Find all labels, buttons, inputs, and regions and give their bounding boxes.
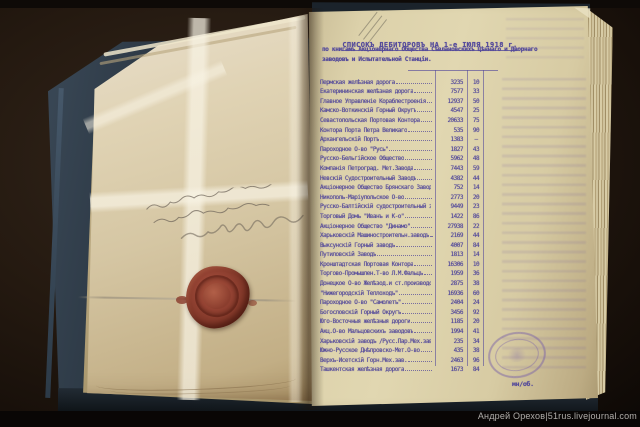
document-subtitle-line1: по книгамъ Акціонернаго Общества Сѣвлано… — [322, 46, 544, 53]
table-row: "Нижегородскій Теплоходъ" 16936 60 — [320, 287, 486, 297]
debtor-name: Донецкое О-во Желѣзод.и ст.производствъ — [320, 280, 431, 287]
dot-leader — [408, 131, 432, 132]
table-row: Богословскій Горный Округъ 3456 92 — [320, 306, 486, 316]
amount-kopecks: 20 — [468, 318, 484, 325]
debtor-name: Невскій Судостроительный Заводъ — [320, 175, 416, 182]
debtor-name: Никополь-Маріупольское О-во — [320, 194, 404, 201]
document-subtitle-line2: заводовъ и Испытательной Станціи. — [322, 56, 544, 63]
amount-rubles: 1383 — [434, 136, 468, 143]
amount-kopecks: 25 — [468, 107, 484, 114]
amount-rubles: 4547 — [434, 107, 468, 114]
amount-rubles: 1827 — [434, 146, 468, 153]
table-row: Невскій Судостроительный Заводъ 4382 44 — [320, 172, 486, 182]
amount-rubles: 7443 — [434, 165, 468, 172]
dot-leader — [399, 294, 432, 295]
debtor-name: Екатерининская желѣзная дорога — [320, 88, 413, 95]
typed-debtor-list: СПИСОКЪ ДЕБИТОРОВЪ НА 1-е ІЮЛЯ 1918 г. п… — [306, 6, 598, 406]
amount-kopecks: 34 — [468, 338, 484, 345]
amount-kopecks: 86 — [468, 213, 484, 220]
table-row: Кронштадтская Портовая Контора 16306 10 — [320, 258, 486, 268]
amount-kopecks: 60 — [468, 290, 484, 297]
amount-rubles: 5962 — [434, 155, 468, 162]
debtor-name: Контора Порта Петра Великаго — [320, 127, 407, 134]
amount-rubles: 16306 — [434, 261, 468, 268]
amount-kopecks: 33 — [468, 88, 484, 95]
debtor-name: Харьковскій заводъ /Русс.Пар.Мех.зав./ — [320, 338, 431, 345]
dot-leader — [377, 255, 432, 256]
amount-kopecks: 75 — [468, 117, 484, 124]
table-row: Акц.О-во Мальцовскихъ заводовъ 1994 41 — [320, 325, 486, 335]
amount-kopecks: 24 — [468, 299, 484, 306]
amount-kopecks: 14 — [468, 251, 484, 258]
dot-leader — [402, 303, 432, 304]
photo-watermark: Андрей Орехов|51rus.livejournal.com — [478, 411, 637, 421]
amount-kopecks: – — [468, 136, 484, 143]
wax-drip — [248, 300, 257, 306]
table-row: Выксунскій Горный заводъ 4007 84 — [320, 239, 486, 249]
table-row: Контора Порта Петра Великаго 535 90 — [320, 124, 486, 134]
table-top-rule — [408, 70, 498, 71]
table-row: Русско-Балтійскій судостроительный зав. … — [320, 201, 486, 211]
amount-rubles: 1959 — [434, 270, 468, 277]
amount-kopecks: 43 — [468, 146, 484, 153]
table-row: Севастопольская Портовая Контора 20633 7… — [320, 114, 486, 124]
dot-leader — [396, 83, 432, 84]
amount-rubles: 2773 — [434, 194, 468, 201]
debtor-name: Русско-Бельгійское Общество — [320, 155, 404, 162]
debtor-name: Южно-Русское Днѣпровско-Мет.О-во — [320, 347, 420, 354]
amount-rubles: 2169 — [434, 232, 468, 239]
amount-rubles: 12937 — [434, 98, 468, 105]
amount-kopecks: 59 — [468, 165, 484, 172]
debtor-name: Выксунскій Горный заводъ — [320, 242, 395, 249]
amount-rubles: 535 — [434, 127, 468, 134]
dot-leader — [411, 227, 432, 228]
debtor-name: "Нижегородскій Теплоходъ" — [320, 290, 398, 297]
debtor-name: Кронштадтская Портовая Контора — [320, 261, 413, 268]
table-row: Компанія Петроград. Мет.Завода 7443 59 — [320, 162, 486, 172]
amount-rubles: 16936 — [434, 290, 468, 297]
dot-leader — [405, 370, 432, 371]
dot-leader — [414, 92, 432, 93]
dot-leader — [421, 121, 432, 122]
amount-rubles: 1673 — [434, 366, 468, 373]
amount-rubles: 2404 — [434, 299, 468, 306]
amount-kopecks: 50 — [468, 98, 484, 105]
amount-rubles: 235 — [434, 338, 468, 345]
amount-kopecks: 14 — [468, 184, 484, 191]
debtor-name: Пароходное О-во "Русь" — [320, 146, 388, 153]
debtor-name: Севастопольская Портовая Контора — [320, 117, 420, 124]
debtor-name: Главное Управленіе Кораблестроенія — [320, 98, 426, 105]
amount-kopecks: 96 — [468, 357, 484, 364]
dot-leader — [402, 313, 432, 314]
dot-leader — [414, 169, 432, 170]
debtor-name: Акціонерное Общество Брянскаго Завода — [320, 184, 431, 191]
debtor-name: Камско-Воткинскій Горный Округъ — [320, 107, 416, 114]
amount-kopecks: 41 — [468, 328, 484, 335]
amount-rubles: 9449 — [434, 203, 468, 210]
amount-kopecks: 92 — [468, 309, 484, 316]
dot-leader — [405, 198, 432, 199]
amount-rubles: 752 — [434, 184, 468, 191]
table-row: Никополь-Маріупольское О-во 2773 20 — [320, 191, 486, 201]
amount-kopecks: 44 — [468, 232, 484, 239]
dot-leader — [414, 265, 432, 266]
debtor-name: Харьковскій Машиностроительн.заводъ — [320, 232, 429, 239]
amount-kopecks: 84 — [468, 366, 484, 373]
dot-leader — [424, 274, 432, 275]
dot-leader — [380, 140, 432, 141]
table-row: Камско-Воткинскій Горный Округъ 4547 25 — [320, 105, 486, 115]
clerk-initials: мн/об. — [512, 380, 534, 388]
debtor-name: Богословскій Горный Округъ — [320, 309, 401, 316]
amount-kopecks: 44 — [468, 175, 484, 182]
dot-leader — [405, 159, 432, 160]
table-row: Акціонерное Общество Брянскаго Завода 75… — [320, 182, 486, 192]
amount-rubles: 2875 — [434, 280, 468, 287]
amount-kopecks: 38 — [468, 280, 484, 287]
table-row: Донецкое О-во Желѣзод.и ст.производствъ … — [320, 277, 486, 287]
amount-rubles: 27938 — [434, 223, 468, 230]
amount-kopecks: 10 — [468, 79, 484, 86]
amount-rubles: 3235 — [434, 79, 468, 86]
debtor-name: Акц.О-во Мальцовскихъ заводовъ — [320, 328, 413, 335]
amount-kopecks: 20 — [468, 194, 484, 201]
photo-of-open-ledger: СПИСОКЪ ДЕБИТОРОВЪ НА 1-е ІЮЛЯ 1918 г. п… — [0, 0, 640, 427]
table-row: Харьковскій заводъ /Русс.Пар.Мех.зав./ 2… — [320, 335, 486, 345]
dot-leader — [389, 150, 432, 151]
amount-kopecks: 22 — [468, 223, 484, 230]
amount-rubles: 435 — [434, 347, 468, 354]
amount-kopecks: 10 — [468, 261, 484, 268]
amount-kopecks: 38 — [468, 347, 484, 354]
dot-leader — [417, 111, 432, 112]
dot-leader — [408, 361, 432, 362]
amount-rubles: 1813 — [434, 251, 468, 258]
table-row: Харьковскій Машиностроительн.заводъ 2169… — [320, 230, 486, 240]
amount-rubles: 4382 — [434, 175, 468, 182]
amount-rubles: 2463 — [434, 357, 468, 364]
table-row: Пароходное О-во "Русь" 1827 43 — [320, 143, 486, 153]
dot-leader — [405, 217, 432, 218]
dot-leader — [417, 179, 432, 180]
amount-kopecks: 23 — [468, 203, 484, 210]
table-row: Архангельскій Портъ 1383 – — [320, 134, 486, 144]
table-row: Торгово-Промышлен.Т-во Л.М.Фальцъ 1959 3… — [320, 268, 486, 278]
table-row: Акціонерное Общество "Динамо" 27938 22 — [320, 220, 486, 230]
debtor-name: Русско-Балтійскій судостроительный зав. — [320, 203, 431, 210]
debtor-name: Юго-Восточныя желѣзныя дороги — [320, 318, 410, 325]
debtor-name: Торговый Домъ "Иванъ и К-о" — [320, 213, 404, 220]
debtor-name: Пароходное О-во "Самолетъ" — [320, 299, 401, 306]
table-row: Южно-Русское Днѣпровско-Мет.О-во 435 38 — [320, 345, 486, 355]
table-row: Торговый Домъ "Иванъ и К-о" 1422 86 — [320, 210, 486, 220]
amount-rubles: 1994 — [434, 328, 468, 335]
table-row: Екатерининская желѣзная дорога 7577 33 — [320, 86, 486, 96]
dot-leader — [411, 322, 432, 323]
dot-leader — [396, 246, 432, 247]
table-row: Пермская желѣзная дорога 3235 10 — [320, 76, 486, 86]
debtor-name: Архангельскій Портъ — [320, 136, 379, 143]
debtor-name: Верхъ-Исетскій Горн.Мех.зав. — [320, 357, 407, 364]
debtor-name: Ташкентская желѣзная дорога — [320, 366, 404, 373]
amount-rubles: 20633 — [434, 117, 468, 124]
debtor-table: Пермская желѣзная дорога 3235 10 Екатери… — [320, 76, 486, 373]
table-row: Пароходное О-во "Самолетъ" 2404 24 — [320, 297, 486, 307]
table-row: Юго-Восточныя желѣзныя дороги 1185 20 — [320, 316, 486, 326]
amount-rubles: 7577 — [434, 88, 468, 95]
amount-rubles: 1422 — [434, 213, 468, 220]
amount-kopecks: 48 — [468, 155, 484, 162]
debtor-name: Акціонерное Общество "Динамо" — [320, 223, 410, 230]
dot-leader — [421, 351, 432, 352]
amount-kopecks: 36 — [468, 270, 484, 277]
ink-bleed-through — [502, 76, 586, 372]
amount-rubles: 1185 — [434, 318, 468, 325]
dot-leader — [430, 236, 432, 237]
table-row: Русско-Бельгійское Общество 5962 48 — [320, 153, 486, 163]
debtor-name: Компанія Петроград. Мет.Завода — [320, 165, 413, 172]
table-row: Главное Управленіе Кораблестроенія 12937… — [320, 95, 486, 105]
debtor-name: Пермская желѣзная дорога — [320, 79, 395, 86]
amount-rubles: 4007 — [434, 242, 468, 249]
table-row: Ташкентская желѣзная дорога 1673 84 — [320, 364, 486, 374]
amount-rubles: 3456 — [434, 309, 468, 316]
table-row: Путиловскій Заводъ 1813 14 — [320, 249, 486, 259]
amount-kopecks: 84 — [468, 242, 484, 249]
dot-leader — [427, 102, 432, 103]
debtor-name: Торгово-Промышлен.Т-во Л.М.Фальцъ — [320, 270, 423, 277]
amount-kopecks: 90 — [468, 127, 484, 134]
dot-leader — [414, 332, 432, 333]
debtor-name: Путиловскій Заводъ — [320, 251, 376, 258]
table-row: Верхъ-Исетскій Горн.Мех.зав. 2463 96 — [320, 354, 486, 364]
